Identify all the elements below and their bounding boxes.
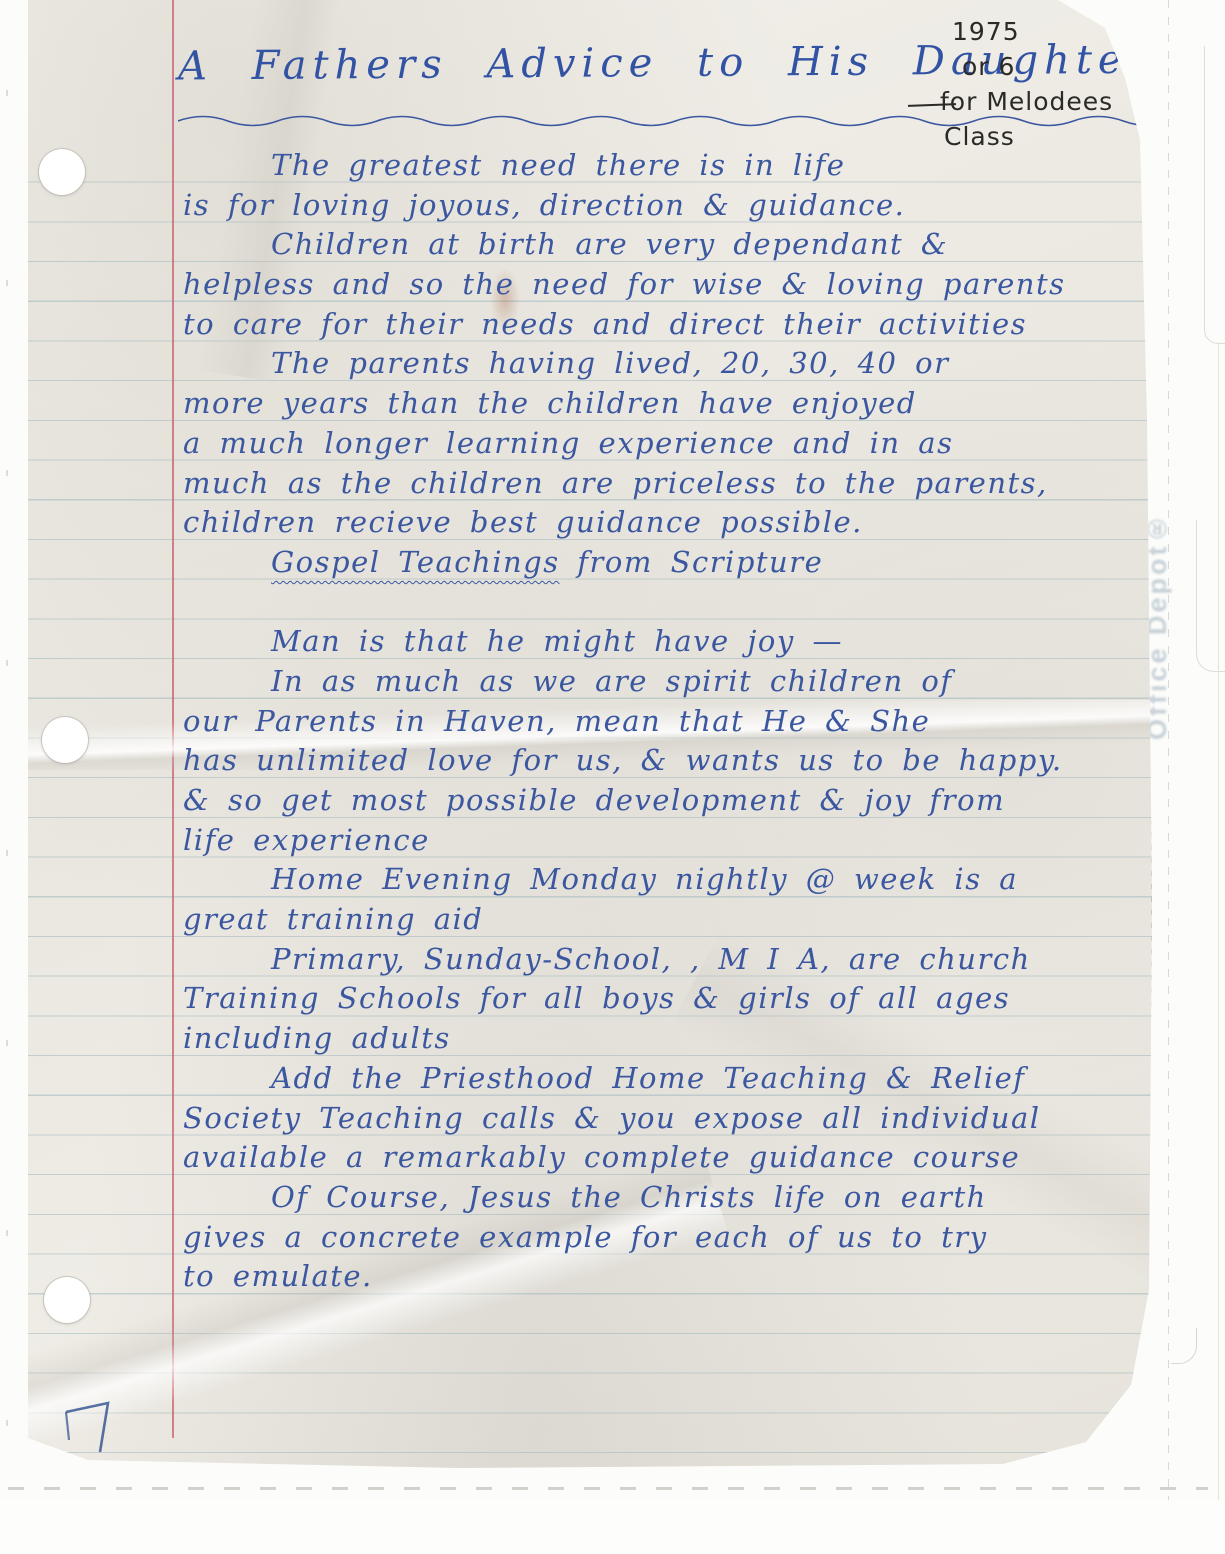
- hole-punch-bottom: [44, 1277, 90, 1323]
- handwriting-line: Of Course, Jesus the Christs life on ear…: [183, 1178, 1158, 1218]
- handwriting-line: is for loving joyous, direction & guidan…: [183, 186, 1158, 226]
- handwriting-line: including adults: [183, 1019, 1158, 1059]
- annotation-line: 1975: [952, 14, 1160, 49]
- handwriting-line: Man is that he might have joy —: [183, 622, 1158, 662]
- handwriting-line: more years than the children have enjoye…: [183, 384, 1158, 424]
- handwriting-line: Children at birth are very dependant &: [183, 225, 1158, 265]
- hole-punch-middle: [42, 717, 88, 763]
- notebook-paper: A Fathers Advice to His Daughter 1975 or…: [28, 0, 1158, 1468]
- handwriting-line: gives a concrete example for each of us …: [183, 1218, 1158, 1258]
- handwriting-line: life experience: [183, 821, 1158, 861]
- handwriting-line: to emulate.: [183, 1257, 1158, 1297]
- annotation-line: or 6: [962, 49, 1160, 84]
- handwriting-line: Training Schools for all boys & girls of…: [183, 979, 1158, 1019]
- handwriting-line: [183, 583, 1158, 623]
- hole-punch-top: [39, 149, 85, 195]
- handwriting-line: our Parents in Haven, mean that He & She: [183, 702, 1158, 742]
- scan-background: Office Depot® A Fathers Advice to His Da…: [0, 0, 1225, 1500]
- handwriting-line: children recieve best guidance possible.: [183, 503, 1158, 543]
- sheet-protector-perforation: [1168, 0, 1169, 1500]
- annotation-line: for Melodees: [940, 84, 1160, 119]
- handwriting-line: has unlimited love for us, & wants us to…: [183, 741, 1158, 781]
- handwriting-lines: The greatest need there is in lifeis for…: [183, 146, 1158, 1297]
- handwriting-line: helpless and so the need for wise & lovi…: [183, 265, 1158, 305]
- handwriting-line: & so get most possible development & joy…: [183, 781, 1158, 821]
- sheet-protector-notch: [1196, 520, 1225, 672]
- handwriting-line: Add the Priesthood Home Teaching & Relie…: [183, 1059, 1158, 1099]
- sheet-protector-hook: [1171, 1328, 1197, 1364]
- handwriting-line: Society Teaching calls & you expose all …: [183, 1099, 1158, 1139]
- handwriting-line: The parents having lived, 20, 30, 40 or: [183, 344, 1158, 384]
- handwriting-line: to care for their needs and direct their…: [183, 305, 1158, 345]
- bottom-perforation: [8, 1487, 1208, 1490]
- handwriting-line: Home Evening Monday nightly @ week is a: [183, 860, 1158, 900]
- handwriting-line: great training aid: [183, 900, 1158, 940]
- pen-mark: [58, 1396, 122, 1462]
- handwriting-line: much as the children are priceless to th…: [183, 464, 1158, 504]
- handwriting-line: available a remarkably complete guidance…: [183, 1138, 1158, 1178]
- handwriting-line: Gospel Teachings from Scripture: [183, 543, 1158, 583]
- handwriting-line: a much longer learning experience and in…: [183, 424, 1158, 464]
- sheet-protector-edge-line: [1218, 342, 1219, 1500]
- date-annotation: 1975 or 6 for Melodees Class: [940, 14, 1160, 154]
- handwriting-line: The greatest need there is in life: [183, 146, 1158, 186]
- handwriting-line: Primary, Sunday-School, , M I A, are chu…: [183, 940, 1158, 980]
- left-scan-edge-marks: [6, 90, 8, 1430]
- sheet-protector-step-edge: [1204, 46, 1225, 344]
- handwriting-line: In as much as we are spirit children of: [183, 662, 1158, 702]
